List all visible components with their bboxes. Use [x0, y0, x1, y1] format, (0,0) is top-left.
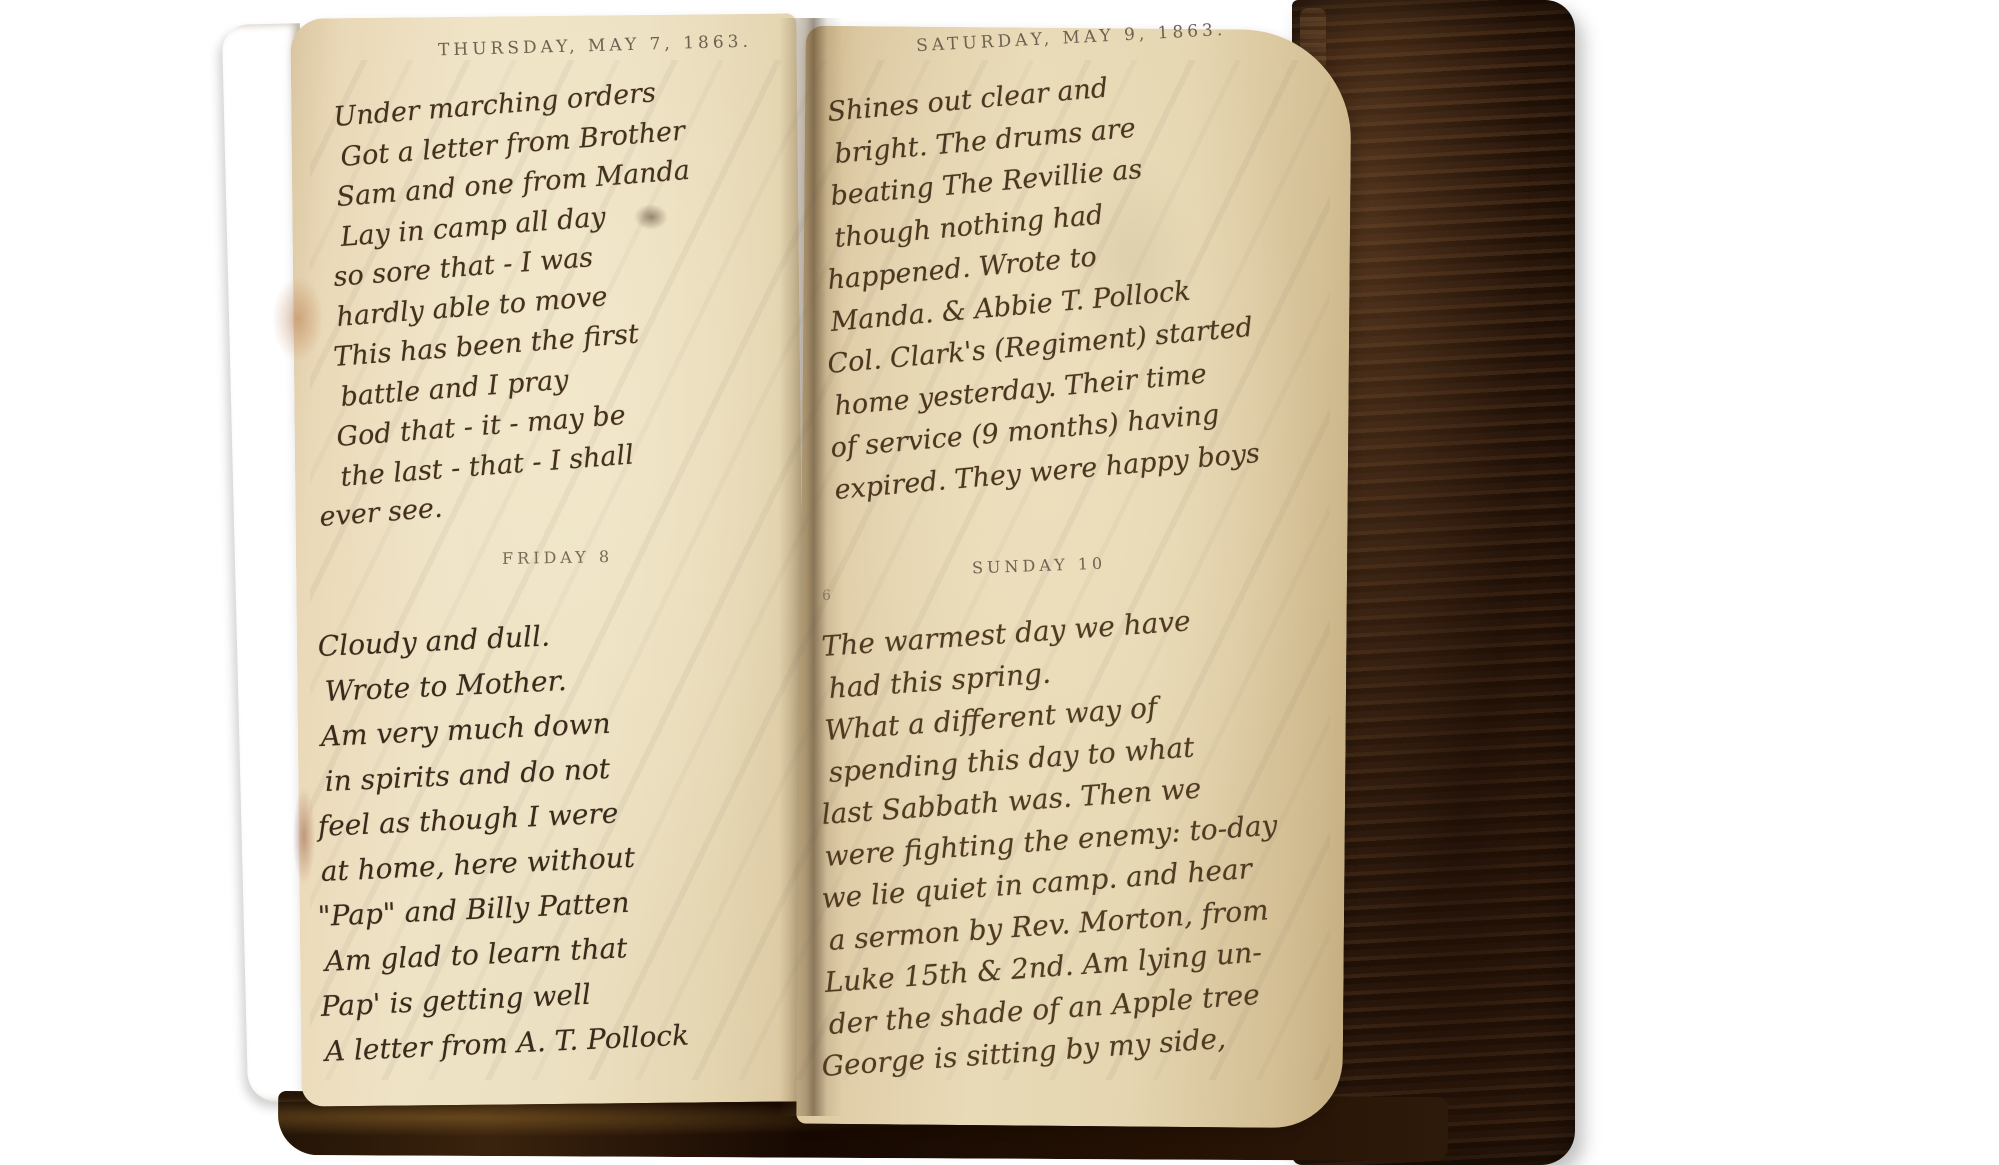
- diary-photo: THURSDAY, MAY 7, 1863. SATURDAY, MAY 9, …: [0, 0, 1999, 1165]
- friday-printed-subheader: FRIDAY 8: [502, 547, 613, 568]
- friday-entry-handwriting: Cloudy and dull.Wrote to Mother.Am very …: [318, 624, 689, 1074]
- page-number: 6: [822, 588, 831, 604]
- thursday-entry-handwriting: Under marching ordersGot a letter from B…: [334, 98, 691, 538]
- saturday-entry-handwriting: Shines out clear andbright. The drums ar…: [828, 92, 1262, 512]
- sunday-entry-handwriting: The warmest day we havehad this spring.W…: [822, 626, 1279, 1088]
